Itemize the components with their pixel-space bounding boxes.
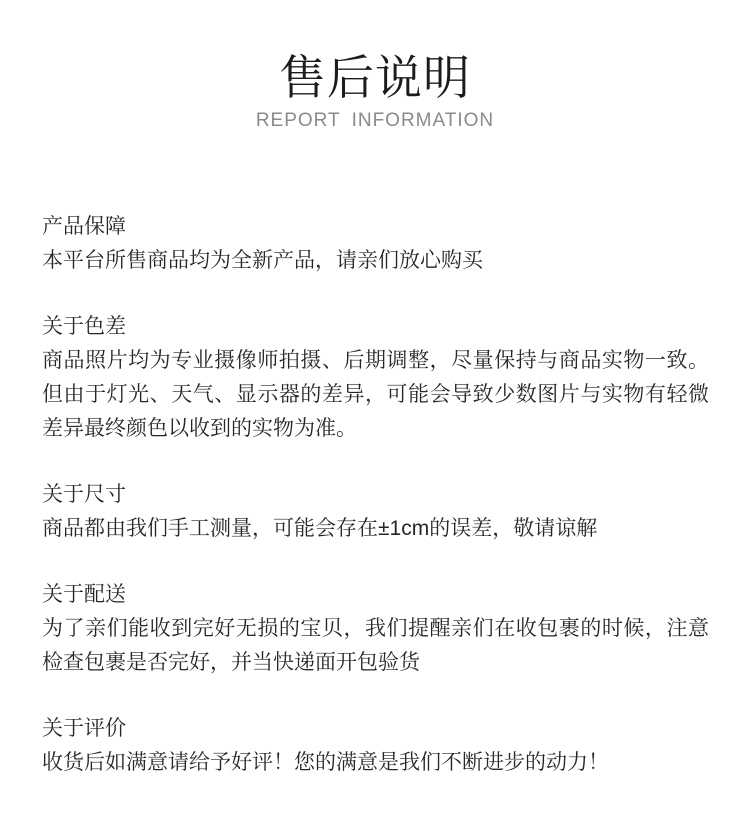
page-header: 售后说明 REPORT INFORMATION [0, 0, 750, 132]
section-body: 收货后如满意请给予好评！您的满意是我们不断进步的动力！ [42, 746, 709, 780]
sections-container: 产品保障 本平台所售商品均为全新产品，请亲们放心购买 关于色差 商品照片均为专业… [42, 210, 709, 780]
after-sales-page: 售后说明 REPORT INFORMATION 产品保障 本平台所售商品均为全新… [0, 0, 750, 839]
section-body: 为了亲们能收到完好无损的宝贝，我们提醒亲们在收包裹的时候，注意检查包裹是否完好，… [42, 612, 709, 680]
page-title: 售后说明 [0, 50, 750, 106]
section-body: 本平台所售商品均为全新产品，请亲们放心购买 [42, 244, 709, 278]
section-delivery: 关于配送 为了亲们能收到完好无损的宝贝，我们提醒亲们在收包裹的时候，注意检查包裹… [42, 578, 709, 680]
page-subtitle: REPORT INFORMATION [0, 111, 750, 132]
section-heading: 关于尺寸 [42, 478, 709, 512]
section-heading: 关于评价 [42, 712, 709, 746]
section-review: 关于评价 收货后如满意请给予好评！您的满意是我们不断进步的动力！ [42, 712, 709, 780]
section-body: 商品照片均为专业摄像师拍摄、后期调整，尽量保持与商品实物一致。但由于灯光、天气、… [42, 344, 709, 446]
section-heading: 关于色差 [42, 310, 709, 344]
section-product-guarantee: 产品保障 本平台所售商品均为全新产品，请亲们放心购买 [42, 210, 709, 278]
section-body: 商品都由我们手工测量，可能会存在±1cm的误差，敬请谅解 [42, 512, 709, 546]
section-heading: 产品保障 [42, 210, 709, 244]
section-heading: 关于配送 [42, 578, 709, 612]
section-color-difference: 关于色差 商品照片均为专业摄像师拍摄、后期调整，尽量保持与商品实物一致。但由于灯… [42, 310, 709, 446]
section-size: 关于尺寸 商品都由我们手工测量，可能会存在±1cm的误差，敬请谅解 [42, 478, 709, 546]
